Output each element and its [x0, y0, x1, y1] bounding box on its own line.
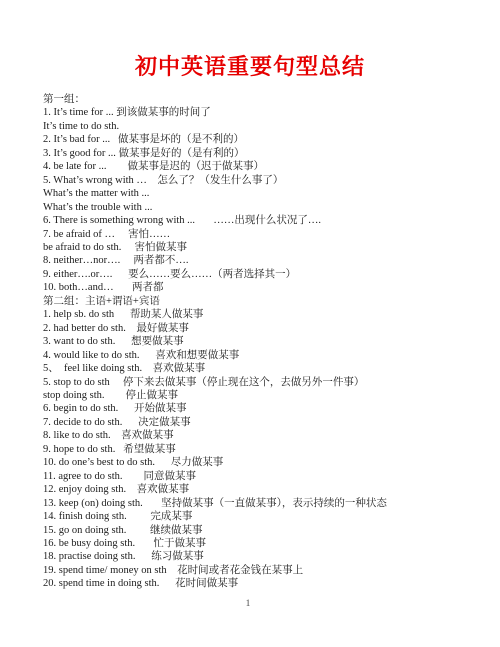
doc-line: 3. want to do sth. 想要做某事 — [43, 335, 474, 348]
document-body: 第一组： 1. It’s time for ... 到该做某事的时间了 It’s… — [43, 93, 474, 591]
doc-line: 1. It’s time for ... 到该做某事的时间了 — [43, 106, 474, 119]
doc-line: 8. neither…nor…. 两者都不…. — [43, 254, 474, 267]
doc-line: 14. finish doing sth. 完成某事 — [43, 510, 474, 523]
doc-line: 1. help sb. do sth 帮助某人做某事 — [43, 308, 474, 321]
doc-line: be afraid to do sth. 害怕做某事 — [43, 241, 474, 254]
doc-line: 10. both…and… 两者都 — [43, 281, 474, 294]
doc-line: 3. It’s good for ... 做某事是好的（是有利的） — [43, 147, 474, 160]
doc-line: 7. be afraid of … 害怕…… — [43, 228, 474, 241]
doc-line: 15. go on doing sth. 继续做某事 — [43, 524, 474, 537]
doc-line: 6. begin to do sth. 开始做某事 — [43, 402, 474, 415]
group2-heading: 第二组：主语+谓语+宾语 — [43, 295, 474, 308]
doc-line: 5. stop to do sth 停下来去做某事（停止现在这个，去做另外一件事… — [43, 376, 474, 389]
doc-line: 18. practise doing sth. 练习做某事 — [43, 550, 474, 563]
document-page: 初中英语重要句型总结 第一组： 1. It’s time for ... 到该做… — [0, 0, 500, 647]
doc-line: 4. be late for ... 做某事是迟的（迟于做某事） — [43, 160, 474, 173]
doc-line: 20. spend time in doing sth. 花时间做某事 — [43, 577, 474, 590]
doc-line: 7. decide to do sth. 决定做某事 — [43, 416, 474, 429]
doc-line: 16. be busy doing sth. 忙于做某事 — [43, 537, 474, 550]
doc-line: 2. It’s bad for ... 做某事是坏的（是不利的） — [43, 133, 474, 146]
doc-line: 8. like to do sth. 喜欢做某事 — [43, 429, 474, 442]
doc-line: 13. keep (on) doing sth. 坚持做某事（一直做某事），表示… — [43, 497, 474, 510]
doc-line: What’s the matter with ... — [43, 187, 474, 200]
group1-heading: 第一组： — [43, 93, 474, 106]
doc-line: 5、 feel like doing sth. 喜欢做某事 — [43, 362, 474, 375]
doc-line: 11. agree to do sth. 同意做某事 — [43, 470, 474, 483]
doc-line: 6. There is something wrong with ... ……出… — [43, 214, 474, 227]
doc-line: 4. would like to do sth. 喜欢和想要做某事 — [43, 349, 474, 362]
doc-line: 12. enjoy doing sth. 喜欢做某事 — [43, 483, 474, 496]
doc-line: 9. hope to do sth. 希望做某事 — [43, 443, 474, 456]
doc-line: It’s time to do sth. — [43, 120, 474, 133]
doc-line: What’s the trouble with ... — [43, 201, 474, 214]
doc-line: stop doing sth. 停止做某事 — [43, 389, 474, 402]
doc-line: 9. either….or…. 要么……要么……（两者选择其一） — [43, 268, 474, 281]
doc-line: 10. do one’s best to do sth. 尽力做某事 — [43, 456, 474, 469]
doc-line: 2. had better do sth. 最好做某事 — [43, 322, 474, 335]
doc-line: 5. What’s wrong with … 怎么了？（发生什么事了） — [43, 174, 474, 187]
page-number: 1 — [0, 599, 496, 609]
page-title: 初中英语重要句型总结 — [0, 52, 500, 82]
doc-line: 19. spend time/ money on sth 花时间或者花金钱在某事… — [43, 564, 474, 577]
